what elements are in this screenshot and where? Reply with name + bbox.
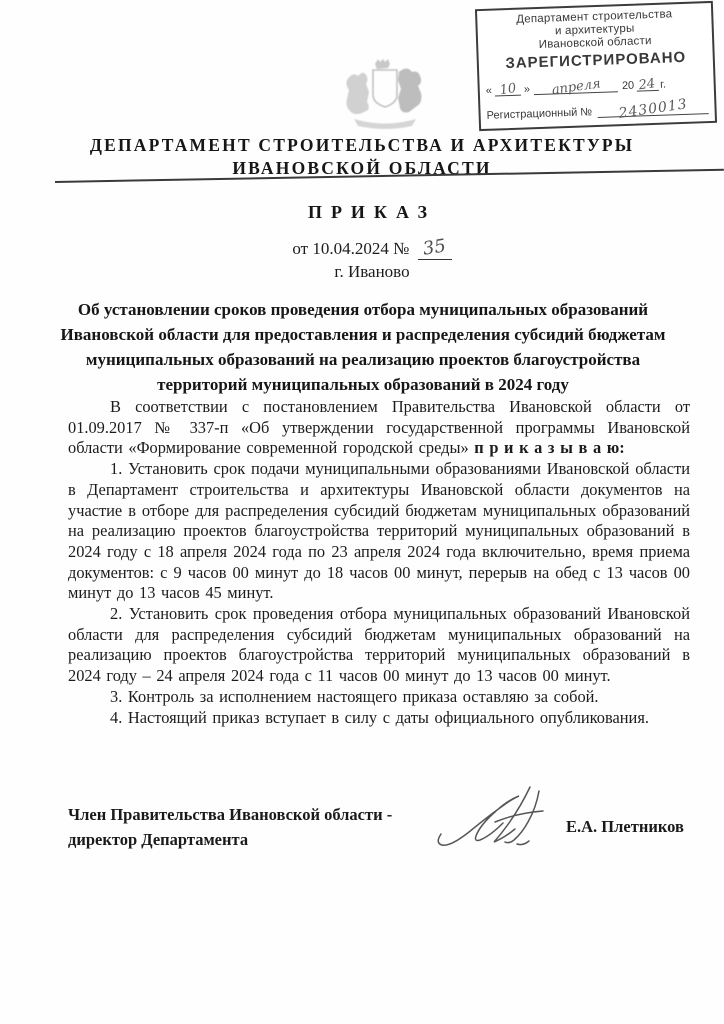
coat-of-arms-icon [337, 57, 433, 135]
signer-position-line2: директор Департамента [68, 827, 392, 852]
registration-stamp: Департамент строительства и архитектуры … [475, 1, 717, 132]
stamp-day-handwritten: 10 [499, 82, 517, 97]
scanned-order-document: Департамент строительства и архитектуры … [0, 0, 724, 1024]
order-body-text: В соответствии с постановлением Правител… [68, 397, 690, 728]
stamp-month-blank: апреля [534, 79, 618, 96]
signer-position: Член Правительства Ивановской области - … [68, 802, 392, 852]
department-name-header: ДЕПАРТАМЕНТ СТРОИТЕЛЬСТВА И АРХИТЕКТУРЫ … [12, 134, 712, 180]
order-item-2: 2. Установить срок проведения отбора мун… [68, 604, 690, 687]
order-item-4: 4. Настоящий приказ вступает в силу с да… [68, 708, 690, 729]
stamp-year-blank: 24 [636, 77, 658, 92]
handwritten-signature-icon [433, 782, 560, 852]
stamp-quote-open: « [486, 85, 493, 97]
stamp-registration-line: Регистрационный № 2430013 [486, 99, 708, 122]
stamp-reg-number-handwritten: 2430013 [617, 98, 688, 122]
intro-paragraph: В соответствии с постановлением Правител… [68, 397, 690, 459]
department-name-line1: ДЕПАРТАМЕНТ СТРОИТЕЛЬСТВА И АРХИТЕКТУРЫ [12, 134, 712, 157]
stamp-year-prefix: 20 [622, 80, 635, 92]
prikazyvayu-emphasis: п р и к а з ы в а ю: [474, 438, 624, 457]
stamp-day-blank: 10 [495, 82, 521, 97]
order-date-number-line: от 10.04.2024 № 35 [10, 239, 724, 260]
stamp-date-line: « 10 » апреля 20 24 г. [486, 75, 708, 97]
stamp-year-handwritten: 24 [638, 77, 656, 92]
stamp-month-handwritten: апреля [551, 78, 601, 98]
signer-position-line1: Член Правительства Ивановской области - [68, 802, 392, 827]
stamp-reg-blank: 2430013 [597, 99, 709, 118]
stamp-quote-close: » [524, 84, 531, 96]
order-number-handwritten: 35 [422, 237, 447, 258]
signer-name: Е.А. Плетников [566, 817, 684, 837]
stamp-reg-label: Регистрационный № [486, 106, 592, 122]
order-date-prefix: от 10.04.2024 № [292, 239, 409, 258]
stamp-year-suffix: г. [660, 79, 666, 91]
city-line: г. Иваново [10, 262, 724, 282]
order-item-3: 3. Контроль за исполнением настоящего пр… [68, 687, 690, 708]
document-type-title: ПРИКАЗ [10, 202, 724, 223]
order-item-1: 1. Установить срок подачи муниципальными… [68, 459, 690, 604]
order-number-blank: 35 [418, 239, 452, 260]
order-subject-title: Об установлении сроков проведения отбора… [57, 297, 669, 397]
